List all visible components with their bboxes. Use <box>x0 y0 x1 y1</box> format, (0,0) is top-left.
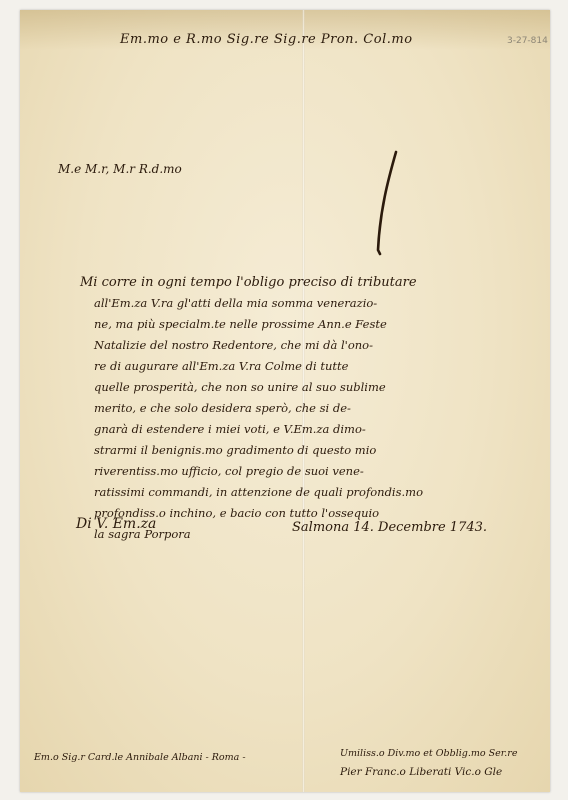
recipient-address: Em.o Sig.r Card.le Annibale Albani - Rom… <box>34 752 246 763</box>
letter-body: Mi corre in ogni tempo l'obligo preciso … <box>80 272 423 545</box>
body-line: Natalizie del nostro Redentore, che mi d… <box>80 335 423 356</box>
body-line: merito, e che solo desidera sperò, che s… <box>80 398 423 419</box>
body-line: re di augurare all'Em.za V.ra Colme di t… <box>80 356 423 377</box>
large-stroke-mark <box>370 150 400 260</box>
letter-page: 3-27-814 Em.mo e R.mo Sig.re Sig.re Pron… <box>20 10 550 792</box>
body-line: strarmi il benignis.mo gradimento di que… <box>80 440 423 461</box>
body-line: Mi corre in ogni tempo l'obligo preciso … <box>80 272 423 293</box>
closing-formula: Di V. Em.za <box>76 516 156 532</box>
body-line: all'Em.za V.ra gl'atti della mia somma v… <box>80 293 423 314</box>
body-line: riverentiss.mo ufficio, col pregio de su… <box>80 461 423 482</box>
body-line: quelle prosperità, che non so unire al s… <box>80 377 423 398</box>
archive-number: 3-27-814 <box>507 36 548 46</box>
body-line: ne, ma più specialm.te nelle prossime An… <box>80 314 423 335</box>
heading-salutation: Em.mo e R.mo Sig.re Sig.re Pron. Col.mo <box>120 32 413 47</box>
dateline: Salmona 14. Decembre 1743. <box>292 520 487 535</box>
signature-name: Pier Franc.o Liberati Vic.o Gle <box>340 766 502 778</box>
body-line: gnarà di estendere i miei voti, e V.Em.z… <box>80 419 423 440</box>
body-line: ratissimi commandi, in attenzione de qua… <box>80 482 423 503</box>
signature-formula: Umiliss.o Div.mo et Obblig.mo Ser.re <box>340 748 517 759</box>
address-abbreviation: M.e M.r, M.r R.d.mo <box>58 162 182 176</box>
